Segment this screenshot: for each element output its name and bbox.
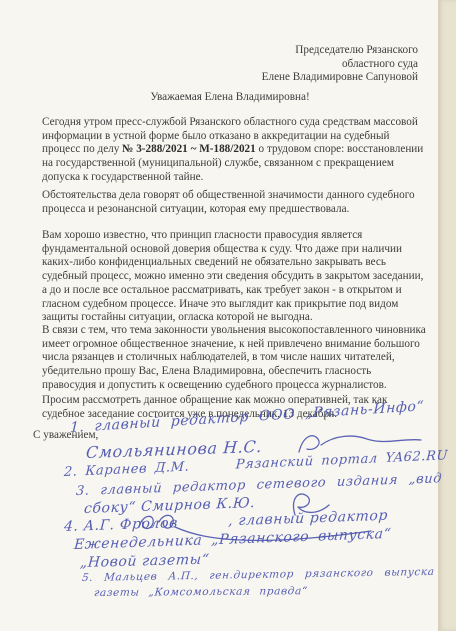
text-line: Обстоятельства дела говорят об обществен…: [42, 189, 418, 203]
text-line: процесс по делу № 3-288/2021 ~ М-188/202…: [42, 143, 418, 157]
paragraph-public-significance: Обстоятельства дела говорят об обществен…: [42, 189, 418, 216]
text-line: Председателю Рязанского: [42, 44, 418, 58]
handwritten-signatory-5-publication: газеты „Комсомольская правда“: [93, 585, 308, 599]
text-line: областного суда: [42, 58, 418, 72]
salutation: Уважаемая Елена Владимировна!: [42, 91, 418, 105]
text-line: а до и после все остальное рассматривать…: [42, 284, 418, 298]
text-line: Вам хорошо известно, что принцип гласнос…: [42, 229, 418, 243]
text-line: каких-либо конфиденциальных сведений не …: [42, 256, 418, 270]
case-number: № 3-288/2021 ~ М-188/2021: [122, 143, 256, 155]
text-line: Сегодня утром пресс-службой Рязанского о…: [42, 116, 418, 130]
text-segment: процесс по делу: [42, 143, 122, 155]
text-line: правосудия и допустить к освещению судеб…: [42, 379, 418, 393]
text-line: имеет огромное общественное значение, к …: [42, 338, 418, 352]
recipient-block: Председателю Рязанскогообластного судаЕл…: [42, 44, 418, 85]
text-line: защиты гостайны ситуации, огласка которо…: [42, 311, 418, 325]
text-line: Елене Владимировне Сапуновой: [42, 71, 418, 85]
text-line: информации в устной форме было отказано …: [42, 130, 418, 144]
text-line: процесса и резонансной ситуации, которая…: [42, 203, 418, 217]
text-segment: о трудовом споре: восстановлении: [256, 143, 424, 155]
text-line: допуска к государственной тайне.: [42, 171, 418, 185]
signature-flourish-1: [295, 430, 425, 462]
paragraph-glasnost-principle: Вам хорошо известно, что принцип гласнос…: [42, 229, 418, 325]
text-line: убедительно прошу Вас, Елена Владимировн…: [42, 365, 418, 379]
text-line: В связи с тем, что тема законности уволь…: [42, 324, 418, 338]
signature-flourish-3: [133, 509, 378, 557]
text-line: судебный процесс, можно именно эти сведе…: [42, 270, 418, 284]
text-line: на государственной (муниципальной) служб…: [42, 157, 418, 171]
paragraph-request-access: В связи с тем, что тема законности уволь…: [42, 324, 418, 393]
text-line: фундаментальной основой доверия общества…: [42, 243, 418, 257]
text-line: числа рязанцев и столичных наблюдателей,…: [42, 351, 418, 365]
scanned-letter-page: Председателю Рязанскогообластного судаЕл…: [0, 0, 456, 631]
paragraph-accreditation-refusal: Сегодня утром пресс-службой Рязанского о…: [42, 116, 418, 185]
text-line: гласном судебном процессе. Иначе это выг…: [42, 298, 418, 312]
paper-edge-shadow: [438, 0, 456, 631]
